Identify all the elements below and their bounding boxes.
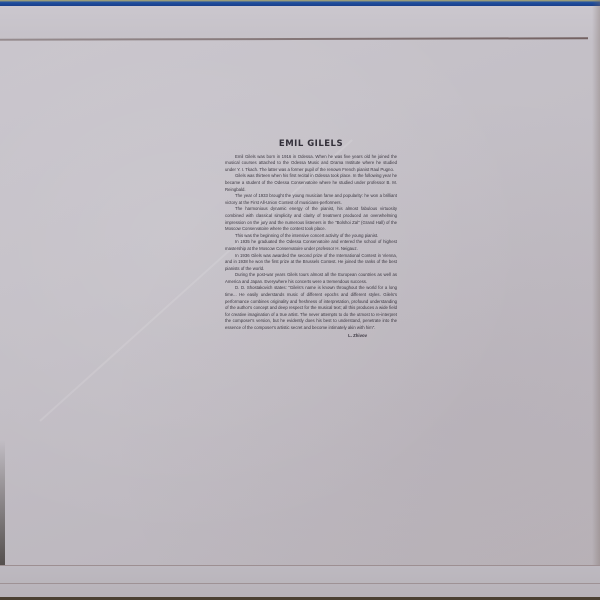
liner-notes-paragraph: In 1936 Gilels was awarded the second pr… [225,253,397,273]
author-signature: L. Zhivov [225,333,397,340]
record-sleeve-back: EMIL GILELS Emil Gilels was born in 1916… [0,0,600,600]
sleeve-right-edge-shadow [592,0,600,600]
liner-notes-paragraph: The harmonious dynamic energy of the pia… [225,206,397,232]
liner-notes-paragraph: During the post-war years Gilels tours a… [225,272,397,285]
fold-line-bottom [0,583,600,584]
liner-notes-paragraph: The year of 1933 brought the young music… [225,193,397,206]
liner-notes-paragraph: In 1935 he graduated the Odessa Conserva… [225,239,397,252]
sleeve-top-flap [0,6,600,40]
liner-notes-paragraph: This was the beginning of the intensive … [225,233,397,240]
liner-notes-paragraph: Gilels was thirteen when his first recit… [225,173,397,193]
liner-notes-title: EMIL GILELS [225,141,397,148]
fold-line-top [0,37,588,41]
liner-notes-paragraph: Emil Gilels was born in 1916 in Odessa. … [225,154,397,174]
liner-notes-paragraph: D. D. Shostakovich states: "Gilels's nam… [225,285,397,331]
liner-notes: EMIL GILELS Emil Gilels was born in 1916… [225,141,397,339]
